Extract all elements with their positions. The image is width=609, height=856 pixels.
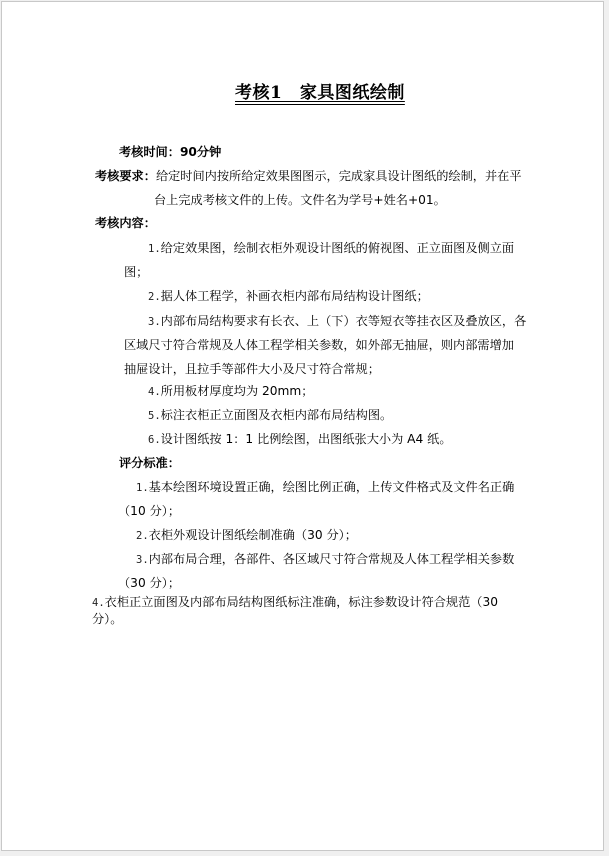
content-item-2: 2.据人体工程学，补画衣柜内部布局结构设计图纸； [148, 288, 429, 305]
requirements-line-2: 台上完成考核文件的上传。文件名为学号+姓名+01。 [154, 192, 446, 208]
scoring-item-1-text: 基本绘图环境设置正确，绘图比例正确，上传文件格式及文件名正确 [149, 480, 515, 494]
content-item-3-text: 内部布局结构要求有长衣、上（下）衣等短衣等挂衣区及叠放区，各 [161, 314, 527, 328]
content-item-4-number: 4. [148, 386, 161, 398]
scoring-item-4-line-2: 分）。 [92, 611, 122, 627]
requirements-line-1: 给定时间内按所给定效果图图示，完成家具设计图纸的绘制，并在平 [156, 169, 522, 183]
scoring-item-2: 2.衣柜外观设计图纸绘制准确（30 分）； [136, 527, 357, 544]
requirements-label: 考核要求： [95, 169, 156, 183]
scoring-item-3-line-2: （30 分）； [118, 575, 180, 591]
scoring-item-3: 3.内部布局合理，各部件、各区域尺寸符合常规及人体工程学相关参数 [136, 551, 514, 568]
content-item-1-number: 1. [148, 243, 161, 255]
content-item-3-number: 3. [148, 316, 161, 328]
content-item-4-text: 所用板材厚度均为 20mm； [161, 384, 314, 398]
scoring-item-3-text: 内部布局合理，各部件、各区域尺寸符合常规及人体工程学相关参数 [149, 552, 515, 566]
scoring-item-1-line-2: （10 分）； [118, 503, 180, 519]
content-item-3-line-3: 抽屉设计，且拉手等部件大小及尺寸符合常规； [124, 361, 380, 377]
scoring-item-3-number: 3. [136, 554, 149, 566]
scoring-label: 评分标准： [119, 455, 180, 471]
content-item-6: 6.设计图纸按 1：1 比例绘图，出图纸张大小为 A4 纸。 [148, 431, 452, 448]
document-page: 考核1 家具图纸绘制 考核时间：90分钟 考核要求：给定时间内按所给定效果图图示… [1, 1, 604, 851]
content-item-3: 3.内部布局结构要求有长衣、上（下）衣等短衣等挂衣区及叠放区，各 [148, 313, 526, 330]
document-title: 考核1 家具图纸绘制 [235, 82, 405, 104]
scoring-item-2-number: 2. [136, 530, 149, 542]
scoring-item-4-number: 4. [92, 597, 105, 609]
scoring-item-1-number: 1. [136, 482, 149, 494]
scoring-item-4: 4.衣柜正立面图及内部布局结构图纸标注准确，标注参数设计符合规范（30 [92, 594, 498, 611]
content-item-2-text: 据人体工程学，补画衣柜内部布局结构设计图纸； [161, 289, 429, 303]
exam-time-label: 考核时间： [119, 145, 180, 159]
content-item-4: 4.所用板材厚度均为 20mm； [148, 383, 313, 400]
content-item-3-line-2: 区域尺寸符合常规及人体工程学相关参数，如外部无抽屉，则内部需增加 [124, 337, 514, 353]
content-label: 考核内容： [95, 215, 156, 231]
exam-time: 考核时间：90分钟 [119, 144, 221, 160]
content-item-2-number: 2. [148, 291, 161, 303]
content-item-5: 5.标注衣柜正立面图及衣柜内部布局结构图。 [148, 407, 392, 424]
content-item-6-number: 6. [148, 434, 161, 446]
scoring-item-1: 1.基本绘图环境设置正确，绘图比例正确，上传文件格式及文件名正确 [136, 479, 514, 496]
content-item-5-number: 5. [148, 410, 161, 422]
content-item-1-line-2: 图； [124, 264, 148, 280]
content-item-6-text: 设计图纸按 1：1 比例绘图，出图纸张大小为 A4 纸。 [161, 432, 452, 446]
exam-time-value: 90分钟 [180, 145, 221, 159]
requirements: 考核要求：给定时间内按所给定效果图图示，完成家具设计图纸的绘制，并在平 [95, 168, 522, 184]
content-item-5-text: 标注衣柜正立面图及衣柜内部布局结构图。 [161, 408, 393, 422]
scoring-item-2-text: 衣柜外观设计图纸绘制准确（30 分）； [149, 528, 357, 542]
scoring-item-4-text: 衣柜正立面图及内部布局结构图纸标注准确，标注参数设计符合规范（30 [105, 595, 498, 609]
content-item-1-text: 给定效果图，绘制衣柜外观设计图纸的俯视图、正立面图及侧立面 [161, 241, 514, 255]
content-item-1: 1.给定效果图，绘制衣柜外观设计图纸的俯视图、正立面图及侧立面 [148, 240, 514, 257]
